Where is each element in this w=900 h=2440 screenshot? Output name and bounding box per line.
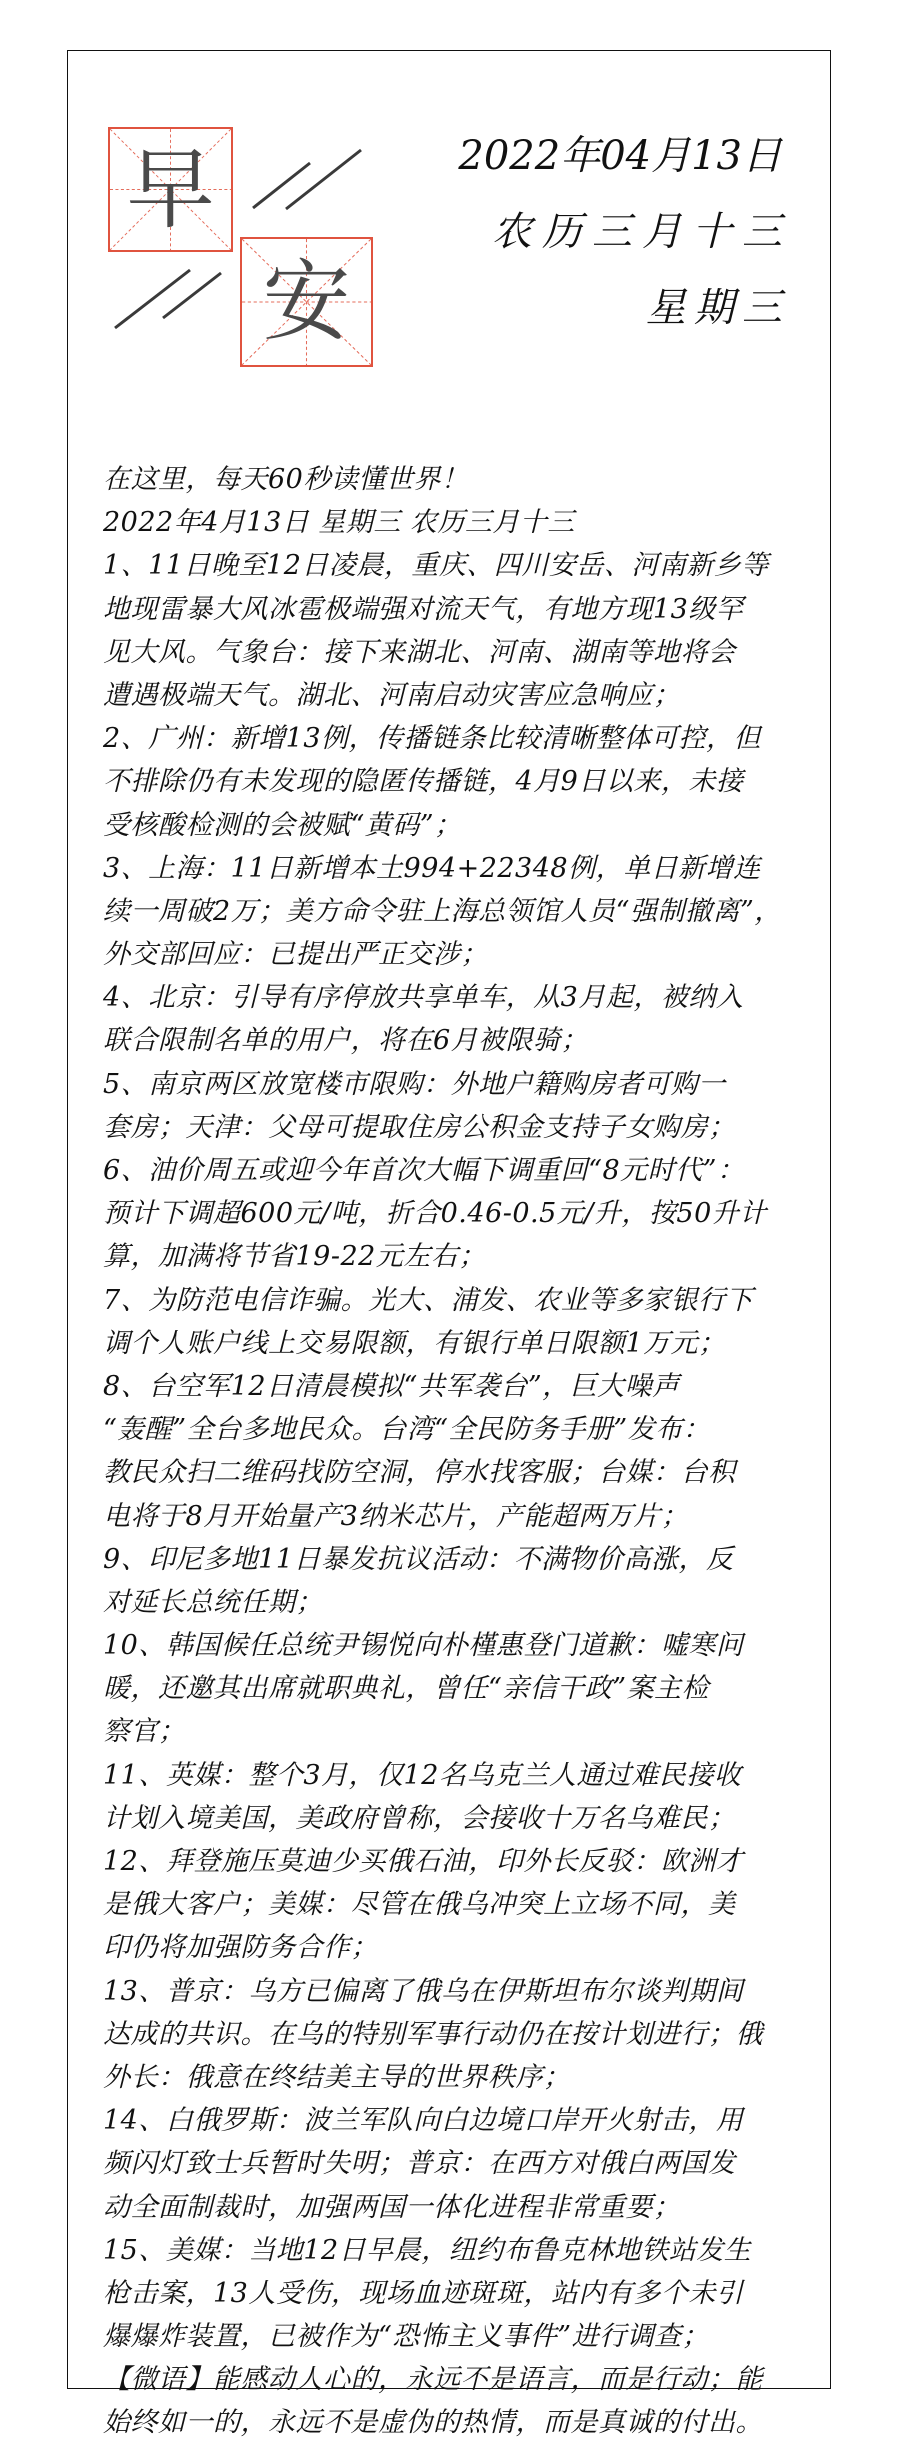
- date-line: 2022年4月13日 星期三 农历三月十三: [103, 501, 815, 544]
- news-item-15-line: 15、美媒：当地12日早晨，纽约布鲁克林地铁站发生: [103, 2229, 815, 2272]
- grid-box-zao: 早: [108, 127, 233, 252]
- news-item-3-line: 外交部回应：已提出严正交涉；: [103, 933, 815, 976]
- news-item-13-line: 外长：俄意在终结美主导的世界秩序；: [103, 2056, 815, 2099]
- news-item-3-line: 3、上海：11日新增本土994+22348例，单日新增连: [103, 847, 815, 890]
- news-item-9-line: 对延长总统任期；: [103, 1581, 815, 1624]
- news-item-1-line: 地现雷暴大风冰雹极端强对流天气，有地方现13级罕: [103, 588, 815, 631]
- greeting-char-zao: 早: [110, 129, 231, 250]
- news-item-3-line: 续一周破2万；美方命令驻上海总领馆人员“强制撤离”，: [103, 890, 815, 933]
- news-item-14-line: 动全面制裁时，加强两国一体化进程非常重要；: [103, 2186, 815, 2229]
- news-item-9-line: 9、印尼多地11日暴发抗议活动：不满物价高涨，反: [103, 1538, 815, 1581]
- news-item-1-line: 1、11日晚至12日凌晨，重庆、四川安岳、河南新乡等: [103, 544, 815, 587]
- news-content: 在这里，每天60秒读懂世界！ 2022年4月13日 星期三 农历三月十三 1、1…: [103, 458, 815, 2440]
- news-item-2-line: 2、广州：新增13例，传播链条比较清晰整体可控，但: [103, 717, 815, 760]
- news-item-8-line: 电将于8月开始量产3纳米芯片，产能超两万片；: [103, 1495, 815, 1538]
- news-item-14-line: 频闪灯致士兵暂时失明；普京：在西方对俄白两国发: [103, 2142, 815, 2185]
- news-item-13-line: 达成的共识。在乌的特别军事行动仍在按计划进行；俄: [103, 2013, 815, 2056]
- weekday: 星期三: [458, 288, 790, 328]
- news-item-15-line: 枪击案，13人受伤，现场血迹斑斑，站内有多个未引: [103, 2272, 815, 2315]
- quote-line: 【微语】能感动人心的，永远不是语言，而是行动；能: [103, 2358, 815, 2401]
- news-item-12-line: 是俄大客户；美媒：尽管在俄乌冲突上立场不同，美: [103, 1883, 815, 1926]
- greeting-char-an: 安: [242, 239, 371, 365]
- news-item-4-line: 联合限制名单的用户，将在6月被限骑；: [103, 1019, 815, 1062]
- news-item-12-line: 12、拜登施压莫迪少买俄石油，印外长反驳：欧洲才: [103, 1840, 815, 1883]
- news-item-8-line: 8、台空军12日清晨模拟“共军袭台”，巨大噪声: [103, 1365, 815, 1408]
- gregorian-date: 2022年04月13日: [458, 136, 782, 176]
- date-block: 2022年04月13日 农历三月十三 星期三: [458, 136, 782, 364]
- news-item-12-line: 印仍将加强防务合作；: [103, 1926, 815, 1969]
- news-item-4-line: 4、北京：引导有序停放共享单车，从3月起，被纳入: [103, 976, 815, 1019]
- news-item-6-line: 预计下调超600元/吨，折合0.46-0.5元/升，按50升计: [103, 1192, 815, 1235]
- news-item-8-line: 教民众扫二维码找防空洞，停水找客服；台媒：台积: [103, 1451, 815, 1494]
- news-item-10-line: 暖，还邀其出席就职典礼，曾任“亲信干政”案主检: [103, 1667, 815, 1710]
- intro-line: 在这里，每天60秒读懂世界！: [103, 458, 815, 501]
- news-item-10-line: 10、韩国候任总统尹锡悦向朴槿惠登门道歉：嘘寒问: [103, 1624, 815, 1667]
- quote-line: 始终如一的，永远不是虚伪的热情，而是真诚的付出。: [103, 2401, 815, 2440]
- news-item-13-line: 13、普京：乌方已偏离了俄乌在伊斯坦布尔谈判期间: [103, 1970, 815, 2013]
- news-item-15-line: 爆爆炸装置，已被作为“恐怖主义事件”进行调查；: [103, 2315, 815, 2358]
- news-item-7-line: 调个人账户线上交易限额，有银行单日限额1万元；: [103, 1322, 815, 1365]
- news-item-1-line: 遭遇极端天气。湖北、河南启动灾害应急响应；: [103, 674, 815, 717]
- news-item-2-line: 不排除仍有未发现的隐匿传播链，4月9日以来，未接: [103, 760, 815, 803]
- news-item-14-line: 14、白俄罗斯：波兰军队向白边境口岸开火射击，用: [103, 2099, 815, 2142]
- news-item-8-line: “轰醒”全台多地民众。台湾“全民防务手册”发布：: [103, 1408, 815, 1451]
- grid-box-an: 安: [240, 237, 373, 367]
- news-item-5-line: 5、南京两区放宽楼市限购：外地户籍购房者可购一: [103, 1063, 815, 1106]
- news-item-10-line: 察官；: [103, 1710, 815, 1753]
- lunar-date: 农历三月十三: [458, 212, 792, 252]
- news-item-2-line: 受核酸检测的会被赋“黄码”；: [103, 804, 815, 847]
- news-item-11-line: 11、英媒：整个3月，仅12名乌克兰人通过难民接收: [103, 1754, 815, 1797]
- news-item-1-line: 见大风。气象台：接下来湖北、河南、湖南等地将会: [103, 631, 815, 674]
- news-item-11-line: 计划入境美国，美政府曾称，会接收十万名乌难民；: [103, 1797, 815, 1840]
- news-item-6-line: 6、油价周五或迎今年首次大幅下调重回“8元时代”：: [103, 1149, 815, 1192]
- news-item-7-line: 7、为防范电信诈骗。光大、浦发、农业等多家银行下: [103, 1279, 815, 1322]
- news-item-5-line: 套房；天津：父母可提取住房公积金支持子女购房；: [103, 1106, 815, 1149]
- news-item-6-line: 算，加满将节省19-22元左右；: [103, 1235, 815, 1278]
